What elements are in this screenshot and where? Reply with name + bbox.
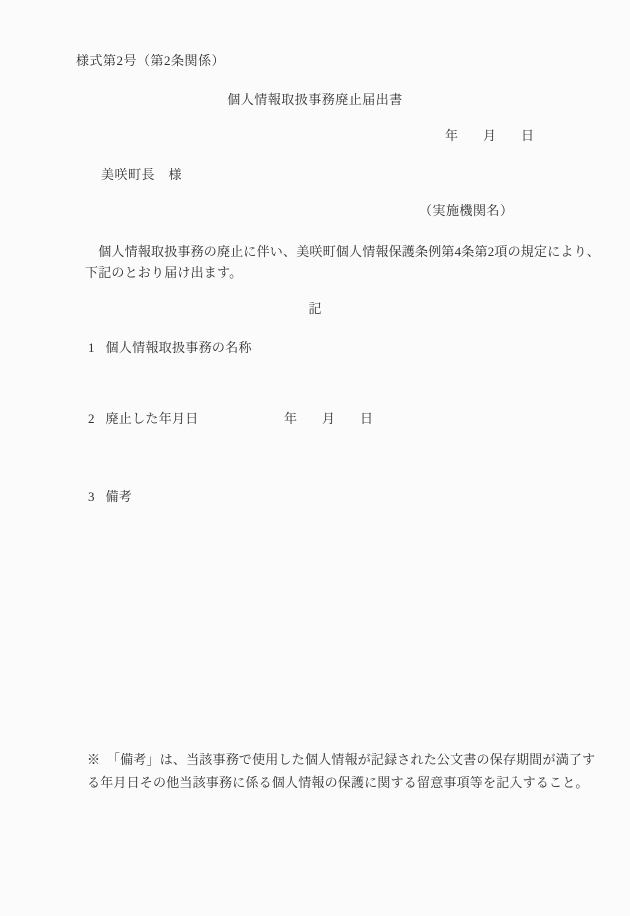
month-label: 月: [322, 411, 335, 426]
document-title: 個人情報取扱事務廃止届出書: [0, 89, 630, 108]
agency-name-label: （実施機関名）: [419, 200, 514, 219]
body-line-2: 下記のとおり届け出ます。: [85, 262, 595, 283]
item-1-label: 個人情報取扱事務の名称: [106, 340, 252, 355]
abolition-date-line: 年月日: [284, 408, 373, 427]
item-1-number: 1: [88, 340, 95, 355]
item-3-label: 備考: [106, 489, 133, 504]
body-paragraph: 個人情報取扱事務の廃止に伴い、美咲町個人情報保護条例第4条第2項の規定により、 …: [85, 241, 595, 283]
body-line-1: 個人情報取扱事務の廃止に伴い、美咲町個人情報保護条例第4条第2項の規定により、: [85, 241, 595, 262]
note-line-1: ※ 「備考」は、当該事務で使用した個人情報が記録された公文書の保存期間が満了す: [87, 748, 597, 771]
addressee: 美咲町長 様: [101, 164, 182, 183]
header-date-line: 年月日: [445, 125, 534, 144]
item-2-number: 2: [88, 411, 95, 426]
day-label: 日: [521, 128, 534, 143]
note-line-2: る年月日その他当該事務に係る個人情報の保護に関する留意事項等を記入すること。: [87, 771, 597, 794]
year-label: 年: [284, 411, 297, 426]
day-label: 日: [360, 411, 373, 426]
item-3-number: 3: [88, 489, 95, 504]
remarks-note: ※ 「備考」は、当該事務で使用した個人情報が記録された公文書の保存期間が満了す …: [87, 748, 597, 794]
month-label: 月: [483, 128, 496, 143]
record-marker: 記: [0, 298, 630, 317]
year-label: 年: [445, 128, 458, 143]
document-page: 様式第2号（第2条関係） 個人情報取扱事務廃止届出書 年月日 美咲町長 様 （実…: [0, 0, 630, 916]
list-item-1: 1個人情報取扱事務の名称: [88, 337, 252, 356]
list-item-2: 2廃止した年月日: [88, 408, 199, 427]
form-number: 様式第2号（第2条関係）: [76, 50, 225, 69]
item-2-label: 廃止した年月日: [106, 411, 199, 426]
list-item-3: 3備考: [88, 486, 132, 505]
